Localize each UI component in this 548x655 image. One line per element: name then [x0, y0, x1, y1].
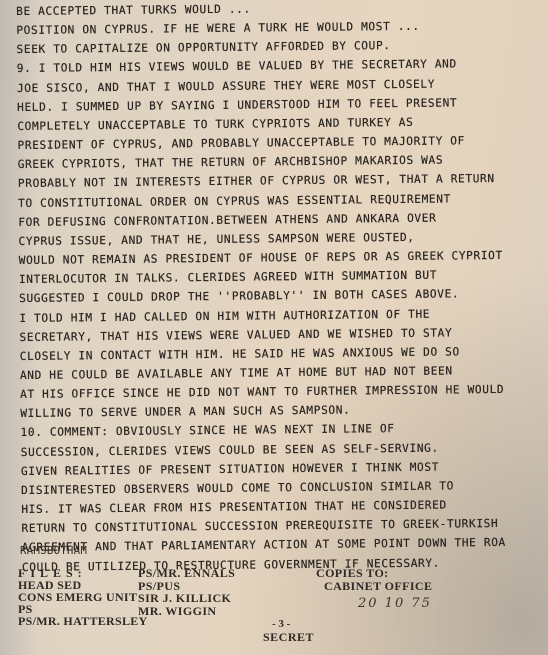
copies-item: CABINET OFFICE	[316, 580, 432, 593]
distribution-item: MR. WIGGIN	[138, 605, 235, 618]
signature: RAMSBOTHAM	[20, 545, 87, 557]
files-list: FILES: HEAD SED CONS EMERG UNIT PS PS/MR…	[18, 567, 148, 627]
document-footer: RAMSBOTHAM FILES: HEAD SED CONS EMERG UN…	[18, 545, 538, 655]
distribution-item: SIR J. KILLICK	[138, 592, 235, 605]
copies-to: COPIES TO: CABINET OFFICE	[316, 567, 432, 593]
handwritten-date-note: 20 10 75	[358, 596, 432, 611]
page-number: - 3 -	[272, 618, 290, 630]
telegram-body: BE ACCEPTED THAT TURKS WOULD ... POSITIO…	[16, 0, 548, 577]
typed-document-page: BE ACCEPTED THAT TURKS WOULD ... POSITIO…	[0, 0, 548, 655]
distribution-item: PS/MR. ENNALS	[138, 567, 235, 580]
classification-marking: SECRET	[263, 630, 314, 645]
files-item: PS/MR. HATTERSLEY	[18, 615, 148, 627]
files-item: CONS EMERG UNIT	[18, 591, 148, 603]
distribution-list: PS/MR. ENNALS PS/PUS SIR J. KILLICK MR. …	[138, 567, 235, 617]
